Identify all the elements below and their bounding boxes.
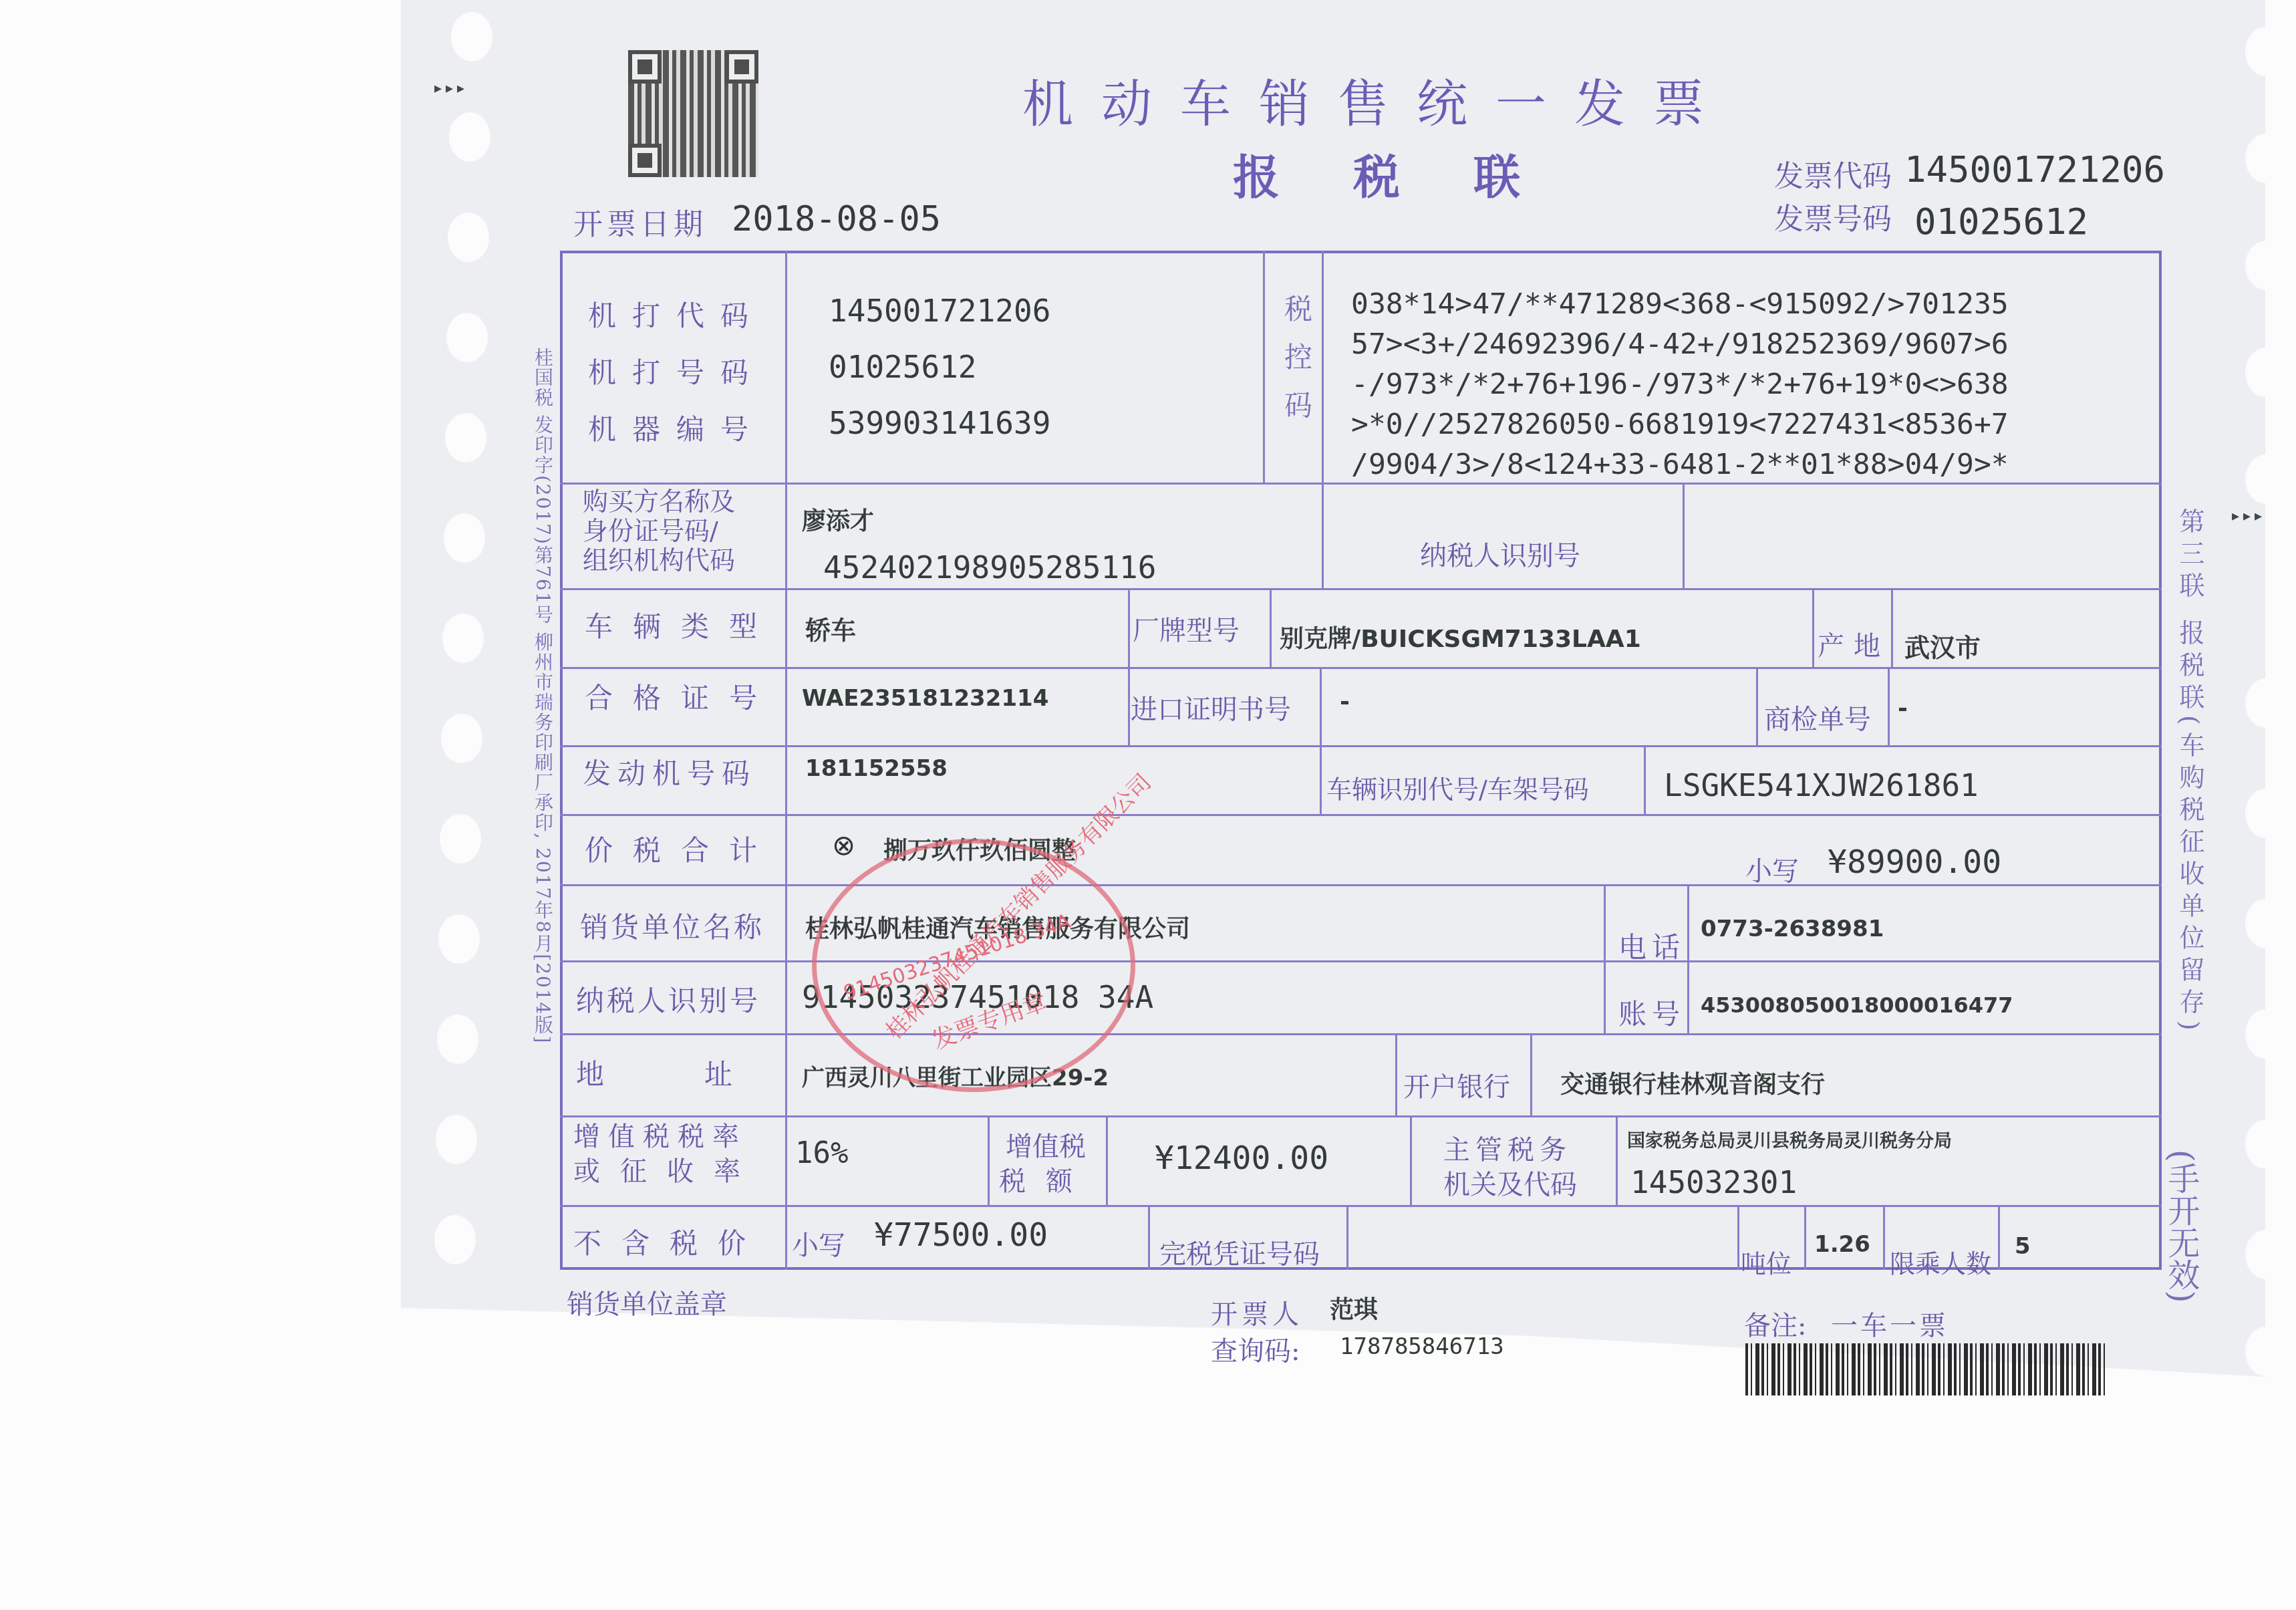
buyer-label: 购买方名称及身份证号码/组织机构代码 — [583, 487, 735, 575]
query-code-label: 查询码: — [1211, 1330, 1300, 1368]
address-label: 地址 — [576, 1053, 833, 1093]
passengers-label: 限乘人数 — [1890, 1243, 1991, 1280]
seller-bank: 交通银行桂林观音阁支行 — [1560, 1066, 1825, 1100]
tonnage: 1.26 — [1814, 1231, 1870, 1258]
col-divider — [988, 1115, 990, 1205]
col-divider — [1604, 884, 1606, 1033]
feed-hole — [2245, 1119, 2287, 1169]
buyer-id-number: 452402198905285116 — [823, 549, 1157, 585]
engine-label: 发动机号码 — [583, 752, 756, 792]
copy-name: 报税联 — [1233, 140, 1594, 208]
import-cert-label: 进口证明书号 — [1131, 688, 1291, 726]
col-divider — [1812, 588, 1814, 667]
pretax-label: 不含税价 — [573, 1222, 766, 1262]
engine-number: 181152558 — [805, 755, 948, 782]
col-divider — [1530, 1033, 1532, 1115]
qr-code — [628, 50, 758, 177]
vin-label: 车辆识别代号/车架号码 — [1326, 769, 1589, 805]
col-divider — [1756, 667, 1758, 745]
col-divider — [785, 251, 787, 1270]
tax-authority: 国家税务总局灵川县税务局灵川税务分局 — [1627, 1126, 1952, 1152]
feed-hole — [2245, 789, 2287, 838]
feed-hole — [446, 313, 488, 362]
seller-taxpayer-id-label: 纳税人识别号 — [576, 979, 760, 1019]
col-divider — [1320, 667, 1322, 745]
issuer: 范琪 — [1330, 1291, 1378, 1325]
origin: 武汉市 — [1904, 627, 1981, 664]
feed-hole — [2245, 348, 2287, 397]
right-invalid-note: (手开无效) — [2158, 1150, 2204, 1303]
invoice-code-label: 发票代码 — [1774, 152, 1892, 195]
row-divider — [560, 1115, 2162, 1117]
row-divider — [560, 884, 2162, 886]
seller-name-label: 销货单位名称 — [580, 906, 764, 946]
feed-hole — [436, 1115, 477, 1164]
seller-phone-label: 电话 — [1618, 926, 1685, 966]
pretax-small-label: 小写 — [792, 1224, 845, 1262]
cancel-mark-icon: ⊗ — [832, 829, 855, 861]
feed-hole — [2245, 1327, 2287, 1376]
bank-label: 开户银行 — [1403, 1066, 1510, 1104]
feed-hole — [442, 614, 484, 663]
tax-control-code: 038*14>47/**471289<368-<915092/>70123557… — [1351, 284, 2009, 485]
remark: 一车一票 — [1831, 1305, 1949, 1343]
feed-hole — [451, 12, 492, 61]
col-divider — [1346, 1205, 1348, 1270]
perforation-marks: ▸▸▸ — [434, 80, 468, 97]
col-divider — [1410, 1115, 1412, 1205]
row-divider — [560, 1205, 2162, 1207]
total-small-label: 小写 — [1745, 850, 1799, 888]
col-divider — [1263, 251, 1265, 483]
col-divider — [1270, 588, 1272, 667]
tax-paid-cert-label: 完税凭证号码 — [1159, 1233, 1320, 1271]
issue-date-label: 开票日期 — [573, 200, 707, 243]
col-divider — [1395, 1033, 1397, 1115]
feed-hole — [433, 1315, 474, 1365]
col-divider — [1804, 1205, 1806, 1270]
feed-hole — [2245, 454, 2287, 504]
brand-model-label: 厂牌型号 — [1133, 610, 1240, 648]
origin-label: 产地 — [1818, 625, 1890, 663]
tonnage-label: 吨位 — [1741, 1243, 1791, 1280]
tax-authority-label: 主管税务机关及代码 — [1443, 1133, 1577, 1202]
col-divider — [1888, 667, 1890, 745]
total-label: 价税合计 — [585, 829, 777, 869]
feed-hole — [441, 714, 482, 763]
print-number-label: 机打号码 — [588, 351, 764, 391]
invoice-code: 145001721206 — [1904, 148, 2165, 190]
print-number: 01025612 — [829, 349, 977, 385]
row-divider — [560, 1033, 2162, 1035]
col-divider — [1148, 1205, 1150, 1270]
feed-hole — [449, 112, 490, 162]
perforation-marks: ▸▸▸ — [2232, 508, 2266, 525]
machine-no-label: 机器编号 — [588, 408, 764, 448]
invoice-number: 01025612 — [1914, 200, 2088, 243]
vat-rate-label: 增值税税率或征收率 — [573, 1119, 760, 1189]
feed-hole — [2245, 899, 2287, 948]
col-divider — [1616, 1115, 1618, 1205]
col-divider — [1737, 1205, 1739, 1270]
tax-control-label: 税控码 — [1276, 294, 1316, 438]
barcode — [1745, 1343, 2106, 1395]
inspection: - — [1898, 695, 1908, 722]
vat-amount: ¥12400.00 — [1155, 1139, 1328, 1177]
issuer-label: 开票人 — [1211, 1293, 1303, 1331]
feed-hole — [2245, 1230, 2287, 1279]
feed-hole — [2245, 134, 2287, 183]
certificate: WAE235181232114 — [802, 685, 1048, 712]
import-cert: - — [1340, 688, 1350, 716]
remark-label: 备注: — [1744, 1305, 1806, 1343]
print-code: 145001721206 — [829, 293, 1050, 329]
col-divider — [1106, 1115, 1108, 1205]
passengers: 5 — [2015, 1233, 2031, 1260]
col-divider — [1891, 588, 1893, 667]
vat-rate: 16% — [795, 1136, 848, 1170]
feed-hole — [437, 1015, 478, 1064]
invoice-number-label: 发票号码 — [1774, 195, 1892, 238]
pretax-amount: ¥77500.00 — [874, 1216, 1048, 1254]
print-code-label: 机打代码 — [588, 294, 764, 334]
certificate-label: 合格证号 — [585, 676, 777, 716]
feed-hole — [2245, 1009, 2287, 1059]
right-copy-note: 第三联 报税联(车购税征收单位留存) — [2172, 508, 2208, 1037]
feed-hole — [440, 814, 481, 863]
left-print-info: 桂国税 发印字(2017)第761号 柳州市瑞务印刷厂承印, 2017年8月[2… — [529, 348, 556, 1044]
col-divider — [1320, 745, 1322, 814]
issue-date: 2018-08-05 — [732, 199, 941, 239]
vat-amount-label: 增值税税额 — [992, 1129, 1099, 1199]
vehicle-type-label: 车辆类型 — [585, 605, 777, 645]
col-divider — [1687, 884, 1689, 1033]
col-divider — [1998, 1205, 2000, 1270]
machine-no: 539903141639 — [829, 405, 1050, 441]
tax-authority-code: 145032301 — [1630, 1164, 1797, 1200]
col-divider — [1883, 1205, 1885, 1270]
row-divider — [560, 745, 2162, 747]
col-divider — [1128, 588, 1130, 745]
row-divider — [560, 588, 2162, 590]
buyer-name: 廖添才 — [802, 503, 874, 537]
seller-phone: 0773-2638981 — [1701, 916, 1884, 942]
feed-hole — [445, 413, 486, 462]
row-divider — [560, 667, 2162, 669]
col-divider — [1322, 251, 1324, 483]
invoice-title: 机动车销售统一发票 — [1022, 63, 1732, 136]
feed-hole — [444, 513, 485, 563]
seller-account: 453008050018000016477 — [1701, 992, 2013, 1018]
feed-hole — [434, 1215, 476, 1264]
total-amount: ¥89900.00 — [1828, 843, 2001, 881]
feed-hole — [2245, 241, 2287, 290]
buyer-taxpayer-id-label: 纳税人识别号 — [1420, 535, 1580, 573]
feed-hole — [438, 914, 480, 964]
inspection-label: 商检单号 — [1764, 698, 1871, 736]
col-divider — [1683, 483, 1685, 588]
seller-account-label: 账号 — [1618, 992, 1685, 1033]
col-divider — [1644, 745, 1646, 814]
vin: LSGKE541XJW261861 — [1664, 767, 1979, 803]
feed-hole — [2245, 678, 2287, 728]
row-divider — [560, 960, 2162, 962]
vehicle-type: 轿车 — [805, 610, 856, 646]
feed-hole — [2245, 27, 2287, 76]
query-code: 178785846713 — [1340, 1333, 1504, 1360]
brand-model: 别克牌/BUICKSGM7133LAA1 — [1280, 620, 1641, 654]
seal-label: 销货单位盖章 — [567, 1283, 727, 1321]
col-divider — [1322, 483, 1324, 588]
feed-hole — [448, 213, 489, 262]
row-divider — [560, 814, 2162, 816]
